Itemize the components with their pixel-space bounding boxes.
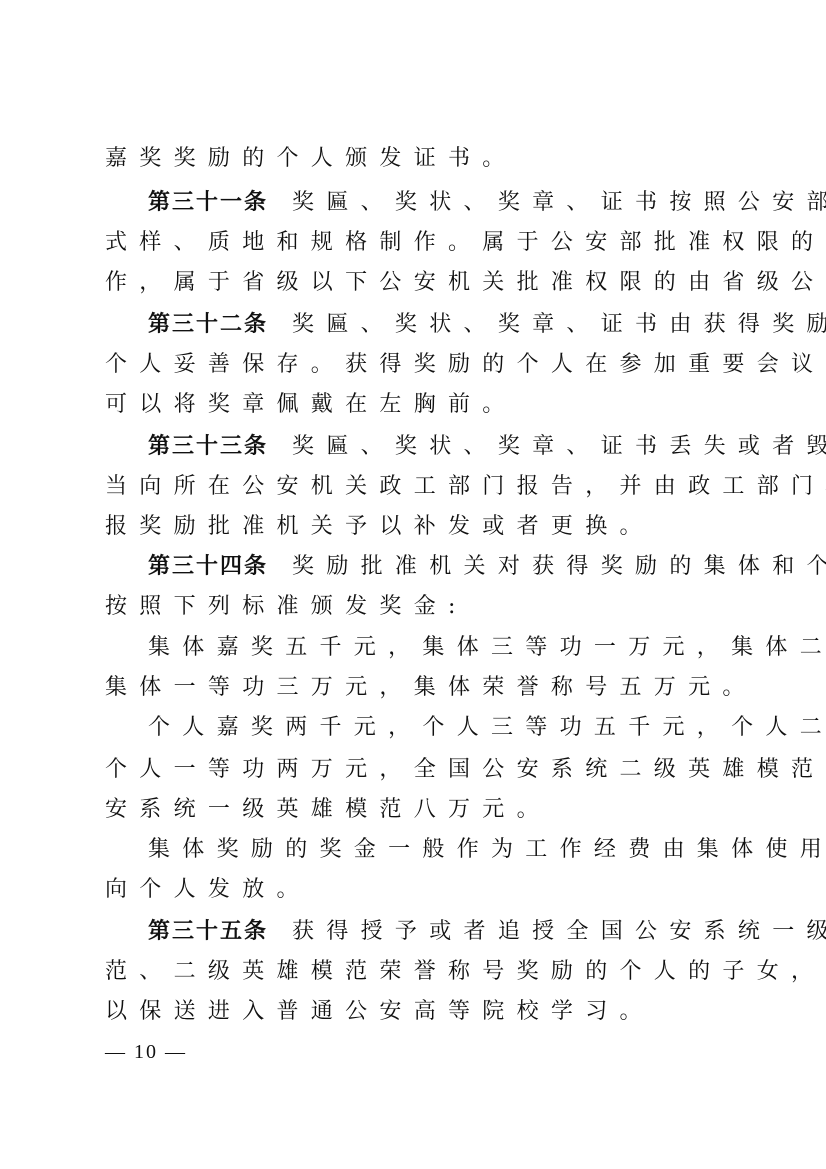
text-line: 按照下列标准颁发奖金:	[105, 592, 468, 622]
article-text: 奖励批准机关对获得奖励的集体和个人统一	[292, 554, 826, 579]
article-31-line: 第三十一条奖匾、奖状、奖章、证书按照公安部统一规定的	[148, 188, 826, 218]
text-line: 安系统一级英雄模范八万元。	[105, 795, 551, 825]
article-heading: 第三十一条	[148, 190, 268, 215]
article-35-line: 第三十五条获得授予或者追授全国公安系统一级英雄模	[148, 917, 826, 947]
article-33-line: 第三十三条奖匾、奖状、奖章、证书丢失或者毁损的，应	[148, 432, 826, 462]
article-text: 奖匾、奖状、奖章、证书丢失或者毁损的，应	[292, 434, 826, 459]
article-heading: 第三十二条	[148, 312, 268, 337]
text-line: 向个人发放。	[105, 875, 311, 905]
article-text: 获得授予或者追授全国公安系统一级英雄模	[292, 919, 826, 944]
text-line: 当向所在公安机关政工部门报告，并由政工部门核实后按照程序	[105, 472, 826, 502]
article-heading: 第三十五条	[148, 919, 268, 944]
text-line: 嘉奖奖励的个人颁发证书。	[105, 144, 517, 174]
page-number: — 10 —	[105, 1037, 187, 1067]
article-text: 奖匾、奖状、奖章、证书按照公安部统一规定的	[292, 190, 826, 215]
text-line: 以保送进入普通公安高等院校学习。	[105, 997, 654, 1027]
text-line: 报奖励批准机关予以补发或者更换。	[105, 512, 654, 542]
text-line: 个人一等功两万元，全国公安系统二级英雄模范五万元，全国公	[105, 755, 826, 785]
text-line: 可以将奖章佩戴在左胸前。	[105, 390, 517, 420]
article-heading: 第三十三条	[148, 434, 268, 459]
text-line: 作，属于省级以下公安机关批准权限的由省级公安机关负责制作。	[105, 268, 826, 298]
text-line: 个人嘉奖两千元，个人三等功五千元，个人二等功一万元，	[148, 713, 826, 743]
article-text: 奖匾、奖状、奖章、证书由获得奖励的集体和	[292, 312, 826, 337]
text-line: 式样、质地和规格制作。属于公安部批准权限的由公安部负责制	[105, 228, 826, 258]
article-heading: 第三十四条	[148, 554, 268, 579]
text-line: 范、二级英雄模范荣誉称号奖励的个人的子女，符合条件的，可	[105, 957, 826, 987]
text-line: 集体嘉奖五千元，集体三等功一万元，集体二等功两万元，	[148, 633, 826, 663]
article-34-line: 第三十四条奖励批准机关对获得奖励的集体和个人统一	[148, 552, 826, 582]
article-32-line: 第三十二条奖匾、奖状、奖章、证书由获得奖励的集体和	[148, 310, 826, 340]
text-line: 集体一等功三万元，集体荣誉称号五万元。	[105, 673, 757, 703]
text-line: 集体奖励的奖金一般作为工作经费由集体使用，原则上不得	[148, 835, 826, 865]
text-line: 个人妥善保存。获得奖励的个人在参加重要会议或者重大活动时	[105, 350, 826, 380]
